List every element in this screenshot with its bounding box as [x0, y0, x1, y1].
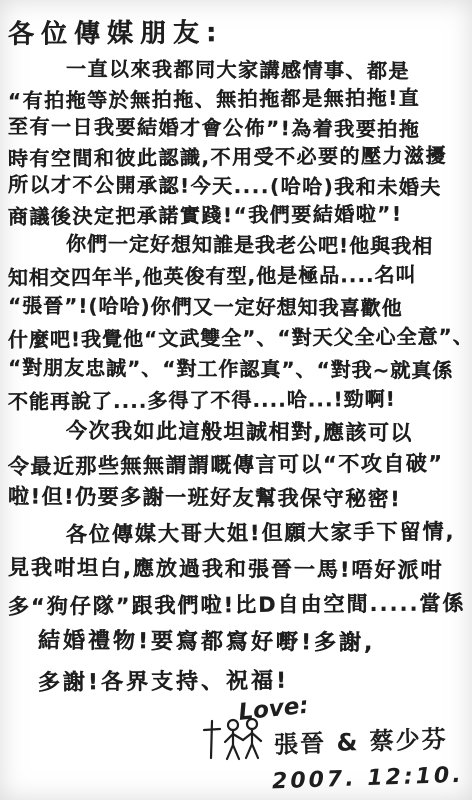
- letter-line-14: 令最近那些無無謂謂嘅傳言可以“不攻自破”: [8, 447, 466, 484]
- letter-line-19: 結婚禮物!要寫都寫好嘢!多謝,: [38, 622, 466, 664]
- letter-line-4: 時有空間和彼此認識,不用受不必要的壓力滋擾: [8, 141, 466, 174]
- letter-line-17: 見我咁坦白,應放過我和張晉一馬!唔好派咁: [8, 549, 466, 588]
- letter-line-15: 啦!但!仍要多謝一班好友幫我保守秘密!: [8, 480, 466, 516]
- signature-names: 張晉 & 蔡少芬: [273, 718, 448, 759]
- letter-paper: 各位傳媒朋友: 一直以來我都同大家講感情事、都是 “有拍拖等於無拍拖、無拍拖都是…: [0, 0, 472, 800]
- letter-line-13: 今次我如此這般坦誠相對,應該可以: [66, 415, 466, 451]
- letter-line-10: 什麼吧!我覺他“文武雙全”、“對天父全心全意”、: [8, 321, 466, 356]
- letter-line-2: “有拍拖等於無拍拖、無拍拖都是無拍拖!直: [8, 83, 466, 116]
- letter-line-1: 一直以來我都同大家講感情事、都是: [66, 55, 466, 87]
- letter-line-7: 你們一定好想知誰是我老公吧!他與我相: [66, 229, 466, 263]
- letter-line-3: 至有一日我要結婚才會公佈”!為着我要拍拖: [8, 112, 466, 144]
- letter-line-12: 不能再說了....多得了不得....哈...!勁啊!: [8, 383, 466, 418]
- letter-line-16: 各位傳媒大哥大姐!但願大家手下留情,: [66, 513, 466, 552]
- letter-line-11: “對朋友忠誠”、“對工作認真”、“對我~就真係: [8, 352, 466, 386]
- letter-line-5: 所以才不公開承認!今天....(哈哈)我和未婚夫: [8, 170, 466, 202]
- signature-block: Love: 張晉 & 蔡少芬: [200, 688, 465, 791]
- letter-salutation: 各位傳媒朋友:: [8, 8, 466, 58]
- letter-line-18: 多“狗仔隊”跟我們啦!比D自由空間.....當係: [8, 585, 466, 625]
- signature-date: 2007. 12:10.: [272, 763, 466, 795]
- letter-line-9: “張晉”!(哈哈)你們又一定好想知我喜歡他: [8, 290, 466, 324]
- letter-line-6: 商議後決定把承諾實踐!“我們要結婚啦”!: [8, 199, 466, 232]
- letter-line-8: 知相交四年半,他英俊有型,他是極品....名叫: [8, 259, 466, 294]
